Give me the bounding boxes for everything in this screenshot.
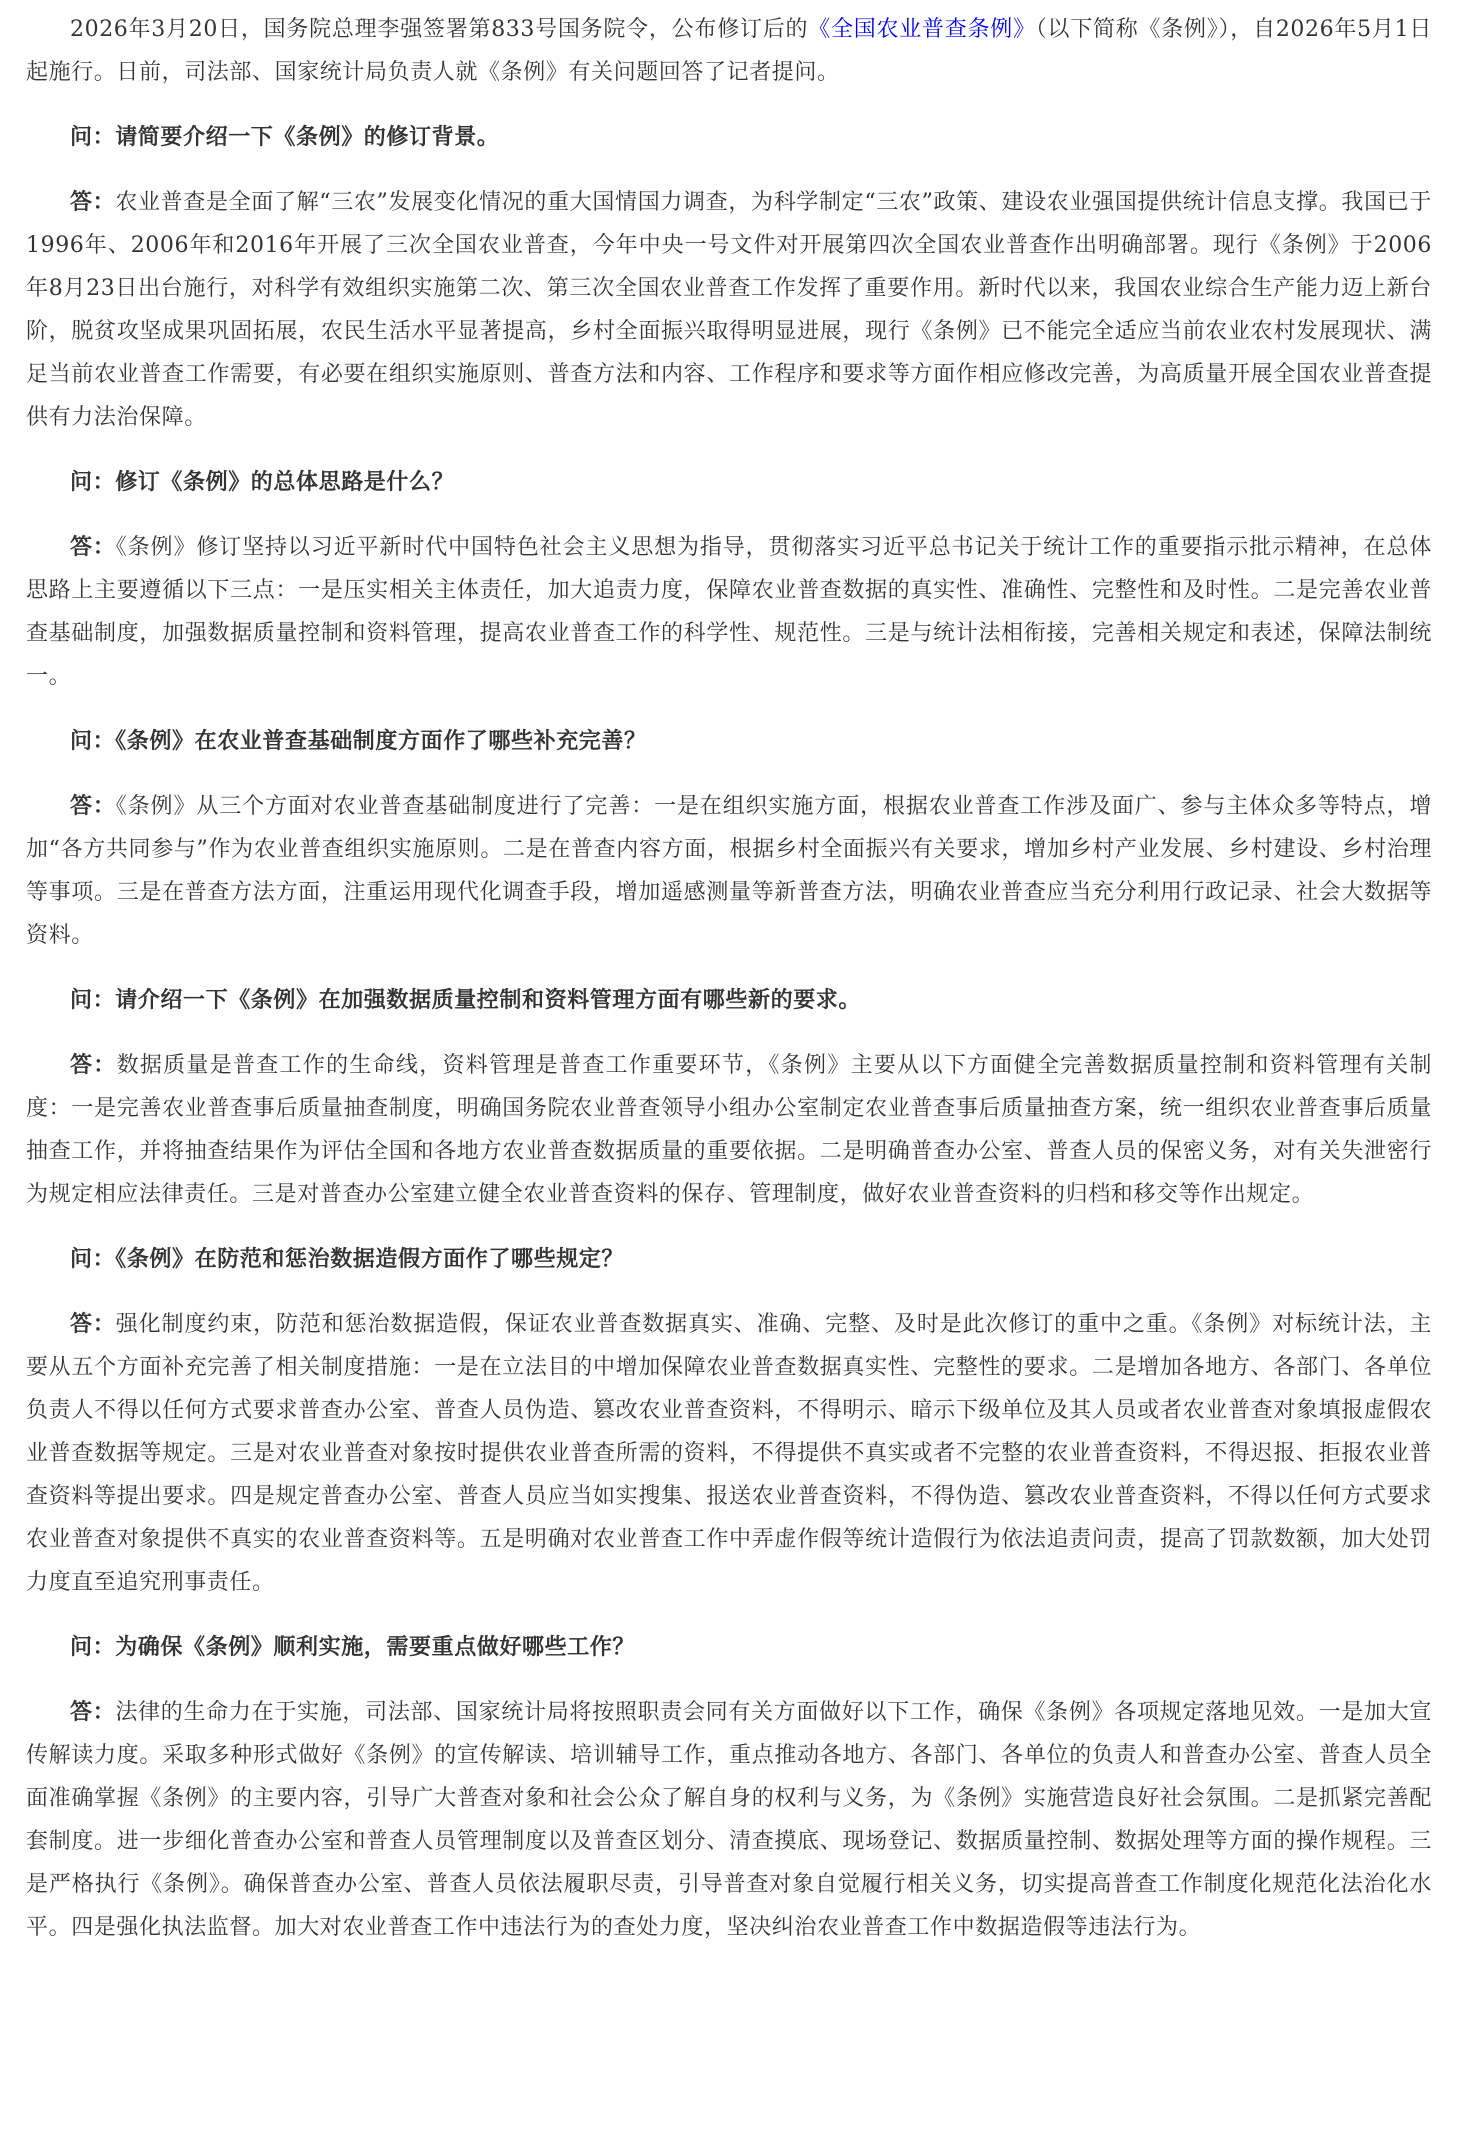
answer-1: 答：农业普查是全面了解“三农”发展变化情况的重大国情国力调查，为科学制定“三农”… xyxy=(26,181,1432,439)
answer-label: 答： xyxy=(70,189,115,215)
answer-text: 数据质量是普查工作的生命线，资料管理是普查工作重要环节，《条例》主要从以下方面健… xyxy=(26,1053,1432,1207)
article-body: 2026年3月20日，国务院总理李强签署第833号国务院令，公布修订后的《全国农… xyxy=(0,0,1458,1949)
answer-label: 答： xyxy=(70,1052,117,1078)
answer-label: 答： xyxy=(70,534,116,560)
answer-label: 答： xyxy=(70,1311,116,1337)
answer-label: 答： xyxy=(70,1699,115,1725)
question-label: 问： xyxy=(70,469,115,495)
answer-text: 《条例》从三个方面对农业普查基础制度进行了完善：一是在组织实施方面，根据农业普查… xyxy=(26,794,1432,948)
answer-4: 答：数据质量是普查工作的生命线，资料管理是普查工作重要环节，《条例》主要从以下方… xyxy=(26,1044,1432,1216)
question-1: 问：请简要介绍一下《条例》的修订背景。 xyxy=(26,116,1432,159)
question-5: 问：《条例》在防范和惩治数据造假方面作了哪些规定？ xyxy=(26,1238,1432,1281)
answer-text: 《条例》修订坚持以习近平新时代中国特色社会主义思想为指导，贯彻落实习近平总书记关… xyxy=(26,535,1432,689)
question-text: 请简要介绍一下《条例》的修订背景。 xyxy=(115,124,499,150)
answer-2: 答：《条例》修订坚持以习近平新时代中国特色社会主义思想为指导，贯彻落实习近平总书… xyxy=(26,526,1432,698)
intro-paragraph: 2026年3月20日，国务院总理李强签署第833号国务院令，公布修订后的《全国农… xyxy=(26,8,1432,94)
question-3: 问：《条例》在农业普查基础制度方面作了哪些补充完善？ xyxy=(26,720,1432,763)
regulation-link[interactable]: 《全国农业普查条例》 xyxy=(808,17,1036,42)
question-2: 问：修订《条例》的总体思路是什么？ xyxy=(26,461,1432,504)
answer-label: 答： xyxy=(70,793,116,819)
answer-6: 答：法律的生命力在于实施，司法部、国家统计局将按照职责会同有关方面做好以下工作，… xyxy=(26,1691,1432,1949)
question-text: 《条例》在防范和惩治数据造假方面作了哪些规定？ xyxy=(115,1246,624,1272)
question-label: 问： xyxy=(70,987,115,1013)
answer-5: 答：强化制度约束，防范和惩治数据造假，保证农业普查数据真实、准确、完整、及时是此… xyxy=(26,1303,1432,1604)
answer-text: 农业普查是全面了解“三农”发展变化情况的重大国情国力调查，为科学制定“三农”政策… xyxy=(26,190,1432,430)
answer-text: 法律的生命力在于实施，司法部、国家统计局将按照职责会同有关方面做好以下工作，确保… xyxy=(26,1700,1432,1940)
question-label: 问： xyxy=(70,1246,115,1272)
intro-text-before-link: 2026年3月20日，国务院总理李强签署第833号国务院令，公布修订后的 xyxy=(70,17,808,42)
question-label: 问： xyxy=(70,1634,115,1660)
question-6: 问：为确保《条例》顺利实施，需要重点做好哪些工作？ xyxy=(26,1626,1432,1669)
question-label: 问： xyxy=(70,728,115,754)
question-text: 为确保《条例》顺利实施，需要重点做好哪些工作？ xyxy=(115,1634,635,1660)
question-4: 问：请介绍一下《条例》在加强数据质量控制和资料管理方面有哪些新的要求。 xyxy=(26,979,1432,1022)
question-text: 请介绍一下《条例》在加强数据质量控制和资料管理方面有哪些新的要求。 xyxy=(115,987,861,1013)
question-label: 问： xyxy=(70,124,115,150)
question-text: 《条例》在农业普查基础制度方面作了哪些补充完善？ xyxy=(115,728,646,754)
question-text: 修订《条例》的总体思路是什么？ xyxy=(115,469,454,495)
answer-3: 答：《条例》从三个方面对农业普查基础制度进行了完善：一是在组织实施方面，根据农业… xyxy=(26,785,1432,957)
answer-text: 强化制度约束，防范和惩治数据造假，保证农业普查数据真实、准确、完整、及时是此次修… xyxy=(26,1312,1432,1595)
